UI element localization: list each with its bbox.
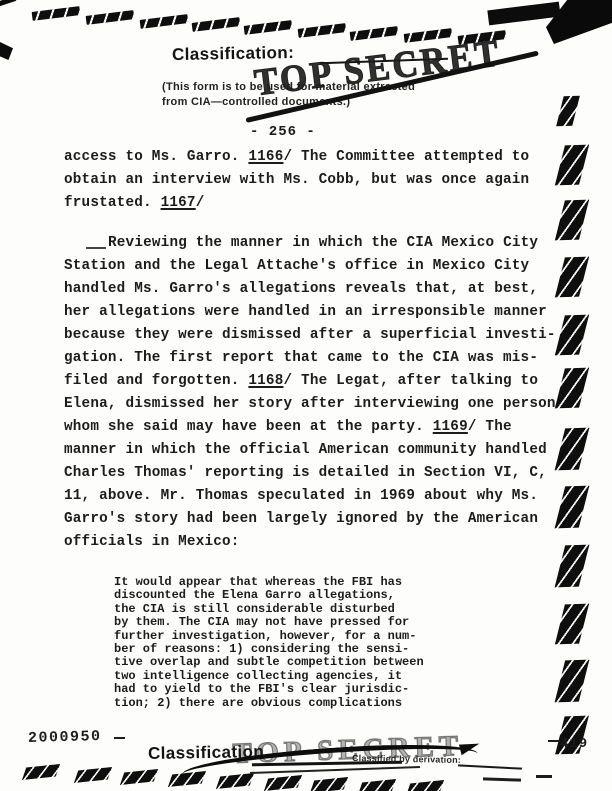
edge-mark	[555, 545, 590, 588]
text-line: two intelligence collecting agencies, it	[114, 670, 454, 683]
text-line: Charles Thomas' reporting is detailed in…	[64, 462, 550, 485]
text-line: manner in which the official American co…	[64, 439, 550, 462]
doc-number-dash	[114, 737, 125, 739]
page-number: - 256 -	[250, 124, 316, 140]
text-line: had to yield to the FBI's clear jurisdic…	[114, 683, 454, 696]
body-text: access to Ms. Garro. 1166/ The Committee…	[64, 146, 550, 554]
edge-mark	[32, 6, 81, 21]
edge-mark	[74, 767, 112, 783]
left-edge-mark	[0, 42, 13, 60]
edge-mark	[140, 14, 189, 29]
text-line: officials in Mexico:	[64, 531, 550, 554]
edge-mark	[192, 17, 241, 32]
edge-mark	[555, 486, 590, 529]
edge-mark	[555, 368, 589, 409]
left-edge-dash	[0, 0, 16, 7]
text-line: access to Ms. Garro. 1166/ The Committee…	[64, 146, 550, 169]
text-line: filed and forgotten. 1168/ The Legat, af…	[64, 370, 550, 393]
page-ref-overbar	[548, 740, 560, 742]
text-line: whom she said may have been at the party…	[64, 416, 550, 439]
text-line: handled Ms. Garro's allegations reveals …	[64, 278, 550, 301]
edge-mark	[555, 428, 590, 471]
text-line: obtain an interview with Ms. Cobb, but w…	[64, 169, 550, 192]
block-quote: It would appear that whereas the FBI has…	[114, 576, 454, 710]
text-line: by them. The CIA may not have pressed fo…	[114, 616, 454, 629]
edge-mark	[406, 780, 444, 791]
edge-mark	[555, 200, 589, 241]
text-line: frustated. 1167/	[64, 192, 550, 215]
text-line: because they were dismissed after a supe…	[64, 324, 550, 347]
edge-mark	[22, 764, 60, 780]
text-line: her allegations were handled in an irres…	[64, 301, 550, 324]
edge-mark	[86, 10, 135, 25]
text-line: tive overlap and subtle competition betw…	[114, 656, 454, 669]
text-line: the CIA is still considerable disturbed	[114, 603, 454, 616]
edge-mark	[555, 145, 589, 186]
scan-artifact-dash	[86, 247, 106, 249]
text-line: further investigation, however, for a nu…	[114, 630, 454, 643]
edge-mark	[350, 26, 399, 41]
paragraph-2: Reviewing the manner in which the CIA Me…	[64, 232, 550, 554]
text-line: gation. The first report that came to th…	[64, 347, 550, 370]
edge-mark	[244, 20, 293, 35]
text-line: Reviewing the manner in which the CIA Me…	[64, 232, 550, 255]
edge-mark	[120, 769, 158, 785]
text-line: Station and the Legal Attache's office i…	[64, 255, 550, 278]
edge-mark	[556, 96, 580, 127]
corner-bar-mark	[487, 2, 560, 26]
text-line: discounted the Elena Garro allegations,	[114, 589, 454, 602]
edge-mark	[555, 257, 589, 298]
text-line: Elena, dismissed her story after intervi…	[64, 393, 550, 416]
edge-mark	[555, 315, 589, 356]
edge-mark	[555, 660, 590, 703]
paragraph-1: access to Ms. Garro. 1166/ The Committee…	[64, 146, 550, 215]
edge-mark	[358, 779, 396, 791]
bottom-dash-1	[483, 777, 521, 781]
edge-mark	[555, 604, 589, 645]
edge-mark	[298, 23, 347, 38]
classified-by-line	[458, 764, 522, 769]
text-line: It would appear that whereas the FBI has	[114, 576, 454, 589]
text-line: tion; 2) there are obvious complications	[114, 697, 454, 710]
text-line: 11, above. Mr. Thomas speculated in 1969…	[64, 485, 550, 508]
text-line: Garro's story had been largely ignored b…	[64, 508, 550, 531]
document-page: Classification: (This form is to be used…	[0, 0, 612, 791]
page-ref-number: 419	[560, 736, 588, 752]
text-line: ber of reasons: 1) considering the sensi…	[114, 643, 454, 656]
bottom-dash-2	[536, 775, 552, 778]
document-number-stamp: 2000950	[28, 728, 102, 747]
